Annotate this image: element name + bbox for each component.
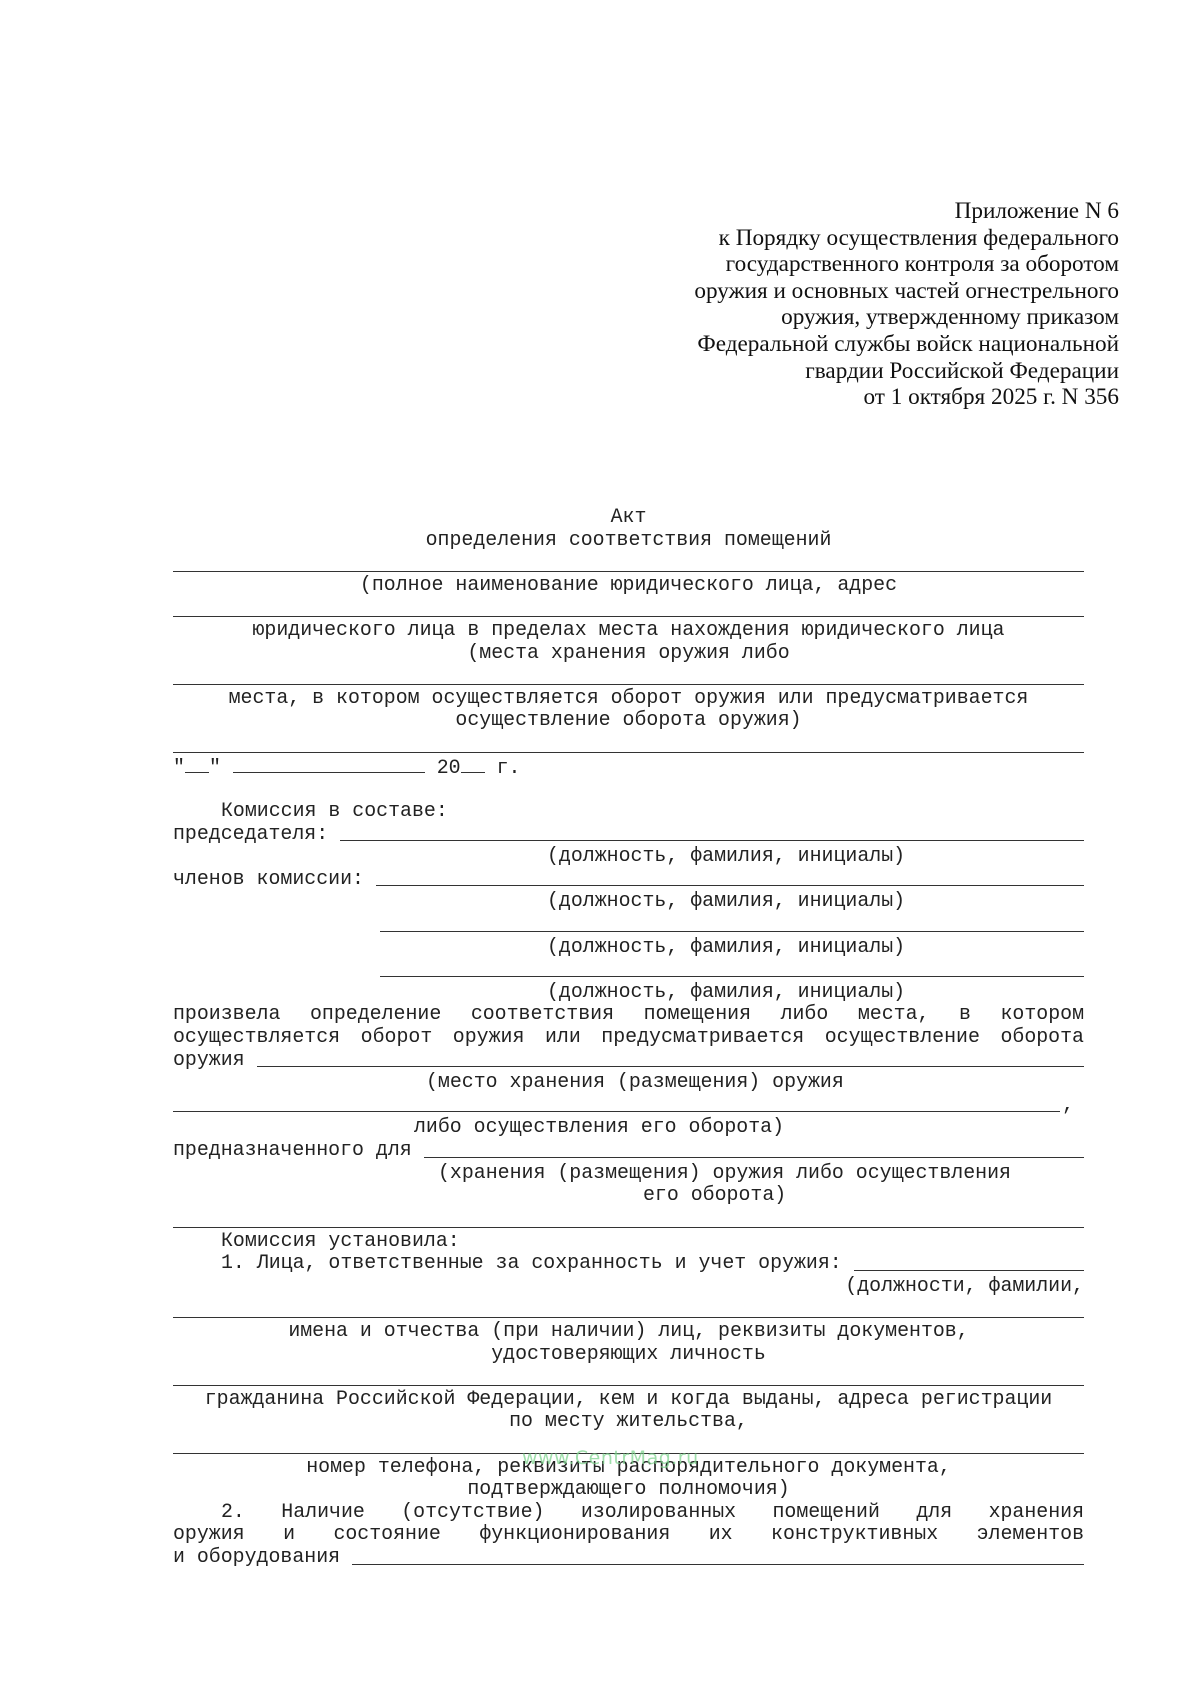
position-hint-row: (должность, фамилия, инициалы) [173,936,1084,959]
item1-label: 1. Лица, ответственные за сохранность и … [221,1252,842,1275]
position-hint: (должность, фамилия, инициалы) [173,889,905,912]
appendix-line: государственного контроля за оборотом [559,251,1119,278]
appendix-line: к Порядку осуществления федерального [559,225,1119,252]
member-label: членов комиссии: [173,868,364,891]
appendix-header: Приложение N 6 к Порядку осуществления ф… [559,198,1119,411]
member-row-3 [380,958,1084,981]
org-hint: осуществление оборота оружия) [173,709,1084,732]
day-field[interactable] [185,755,209,773]
word: помещений [773,1500,880,1523]
purpose-hint-row: (хранения (размещения) оружия либо осуще… [173,1162,1084,1185]
member-row-2 [380,913,1084,936]
appendix-line: оружия и основных частей огнестрельного [559,278,1119,305]
purpose-row: предназначенного для [173,1139,1084,1162]
determination-line-2: осуществляется оборот оружия или предусм… [173,1026,1084,1049]
purpose-field[interactable] [424,1157,1084,1158]
appendix-line: оружия, утвержденному приказом [559,304,1119,331]
word: для [916,1500,952,1523]
org-name-field-4[interactable] [173,732,1084,755]
place-hint: либо осуществления его оборота) [173,1115,784,1138]
word: (отсутствие) [401,1500,544,1523]
item2-line-1: 2. Наличие (отсутствие) изолированных по… [173,1501,1084,1524]
word: 2. [221,1500,245,1523]
item1-field-3[interactable] [173,1365,1084,1388]
org-hint: (места хранения оружия либо [173,642,1084,665]
item1-hint: (должности, фамилии, [173,1275,1084,1298]
position-hint: (должность, фамилия, инициалы) [173,844,905,867]
month-field[interactable] [233,755,425,773]
item1-row: 1. Лица, ответственные за сохранность и … [173,1252,1084,1275]
word: осуществляется [173,1025,340,1048]
position-hint-row: (должность, фамилия, инициалы) [173,981,1084,1004]
date-quote: " [173,756,185,779]
member-field-1[interactable] [376,885,1084,886]
appendix-line: Приложение N 6 [559,198,1119,225]
word: в [959,1002,971,1025]
appendix-line: Федеральной службы войск национальной [559,331,1119,358]
word: функционирования [479,1522,670,1545]
position-hint-row: (должность, фамилия, инициалы) [173,890,1084,913]
org-hint: места, в котором осуществляется оборот о… [173,687,1084,710]
member-field-3[interactable] [380,976,1084,977]
place-hint-row: либо осуществления его оборота) [173,1116,1084,1139]
word: конструктивных [771,1522,938,1545]
place-row: оружия [173,1049,1084,1072]
word: определение [310,1002,441,1025]
org-name-field-2[interactable] [173,596,1084,619]
act-subtitle: определения соответствия помещений [173,529,1084,552]
comma: , [1062,1094,1074,1117]
appendix-line: гвардии Российской Федерации [559,358,1119,385]
word: оборот [361,1025,433,1048]
member-row-1: членов комиссии: [173,868,1084,891]
word: хранения [989,1500,1085,1523]
word: или предусматривается осуществление обор… [545,1025,1084,1048]
org-name-field-1[interactable] [173,551,1084,574]
word: изолированных [581,1500,736,1523]
word: произвела [173,1002,280,1025]
place-field[interactable] [257,1066,1084,1067]
word: и [283,1522,295,1545]
chair-label: председателя: [173,823,328,846]
item2-label: и оборудования [173,1546,340,1569]
position-hint-row: (должность, фамилия, инициалы) [173,845,1084,868]
place-hint-row: (место хранения (размещения) оружия [173,1071,1084,1094]
place-field-2[interactable] [173,1111,1060,1112]
place-label: оружия [173,1049,245,1072]
purpose-label: предназначенного для [173,1139,412,1162]
word: котором [1000,1002,1084,1025]
purpose-hint: (хранения (размещения) оружия либо осуще… [173,1161,1011,1184]
word: Наличие [281,1500,365,1523]
place-hint: (место хранения (размещения) оружия [173,1070,844,1093]
act-title: Акт [173,506,1084,529]
word: оружия [453,1025,525,1048]
chair-field[interactable] [340,840,1084,841]
word: места, [858,1002,930,1025]
purpose-hint: его оборота) [173,1183,786,1206]
item2-field[interactable] [352,1564,1084,1565]
org-name-field-3[interactable] [173,664,1084,687]
position-hint: (должность, фамилия, инициалы) [173,935,905,958]
item2-line-2: оружия и состояние функционирования их к… [173,1523,1084,1546]
position-hint: (должность, фамилия, инициалы) [173,980,905,1003]
watermark: www.CentrMag.ru [522,1447,699,1469]
year-prefix: 20 [437,756,461,779]
act-form: Акт определения соответствия помещений (… [173,506,1084,1569]
item1-field[interactable] [854,1270,1084,1271]
item1-field-2[interactable] [173,1297,1084,1320]
purpose-field-2[interactable] [173,1207,1084,1230]
word: их [709,1522,733,1545]
word: элементов [977,1522,1084,1545]
place-row-2: , [173,1094,1084,1117]
date-line: "" 20 г. [173,755,1084,778]
word: соответствия [471,1002,614,1025]
date-quote: " [209,756,221,779]
word: состояние [333,1522,440,1545]
item1-hint: по месту жительства, [173,1410,1084,1433]
item1-hint: гражданина Российской Федерации, кем и к… [173,1388,1084,1411]
member-field-2[interactable] [380,931,1084,932]
chair-row: председателя: [173,823,1084,846]
item2-row: и оборудования [173,1546,1084,1569]
findings-heading: Комиссия установила: [173,1230,1084,1253]
year-suffix: г. [497,756,521,779]
commission-heading: Комиссия в составе: [173,800,1084,823]
year-field[interactable] [461,755,485,773]
org-hint: (полное наименование юридического лица, … [173,574,1084,597]
purpose-hint-row: его оборота) [173,1184,1084,1207]
determination-line-1: произвела определение соответствия помещ… [173,1003,1084,1026]
appendix-line: от 1 октября 2025 г. N 356 [559,384,1119,411]
word: либо [781,1002,829,1025]
item1-hint: удостоверяющих личность [173,1343,1084,1366]
item1-hint: подтверждающего полномочия) [173,1478,1084,1501]
item1-hint: имена и отчества (при наличии) лиц, рекв… [173,1320,1084,1343]
word: оружия [173,1522,245,1545]
spacer [173,777,1084,800]
org-hint: юридического лица в пределах места нахож… [173,619,1084,642]
word: помещения [644,1002,751,1025]
